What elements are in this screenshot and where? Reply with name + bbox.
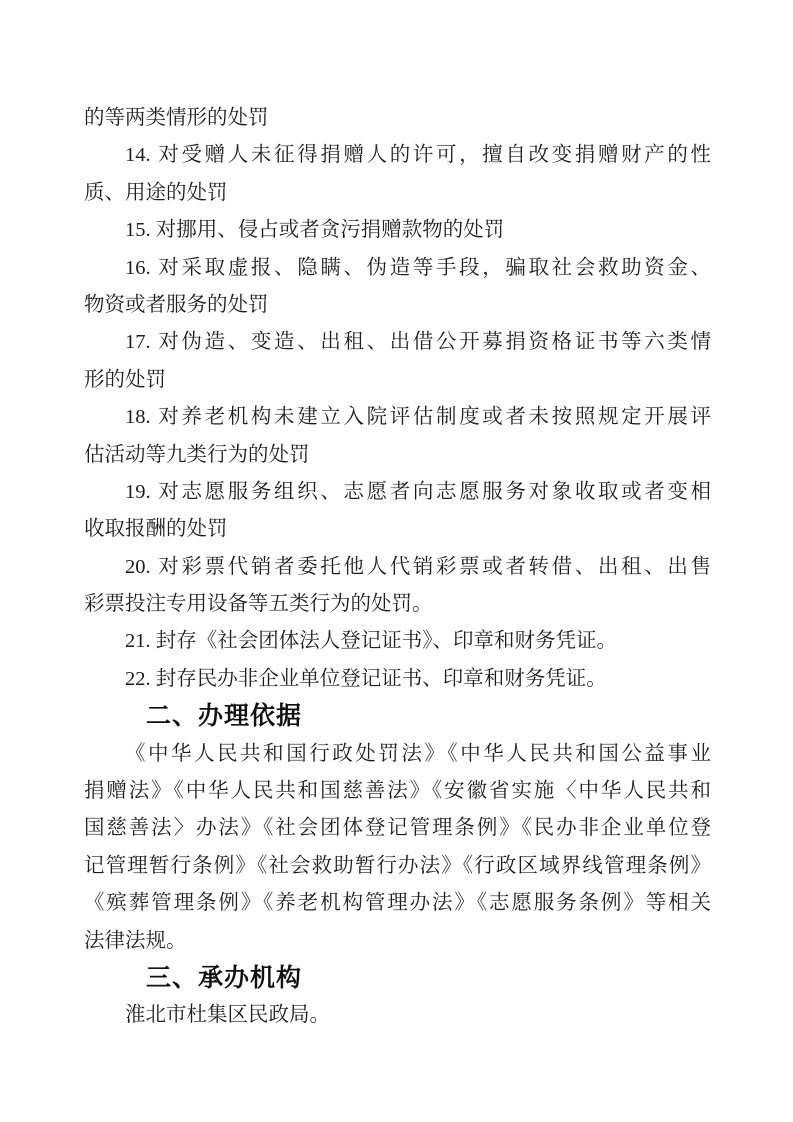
document-page: 的等两类情形的处罚14. 对受赠人未征得捐赠人的许可，擅自改变捐赠财产的性质、用… (0, 0, 793, 1122)
paragraph-item-13-continuation: 的等两类情形的处罚 (84, 100, 711, 137)
text-line: 18. 对养老机构未建立入院评估制度或者未按照规定开展评 (84, 399, 711, 436)
text-line: 16. 对采取虚报、隐瞒、伪造等手段，骗取社会救助资金、 (84, 250, 711, 287)
text-line: 20. 对彩票代销者委托他人代销彩票或者转借、出租、出售 (84, 549, 711, 586)
text-line: 法律法规。 (84, 923, 711, 960)
text-line: 捐赠法》《中华人民共和国慈善法》《安徽省实施〈中华人民共和 (84, 773, 711, 810)
text-line: 收取报酬的处罚 (84, 511, 711, 548)
document-content: 的等两类情形的处罚14. 对受赠人未征得捐赠人的许可，擅自改变捐赠财产的性质、用… (84, 100, 711, 1035)
paragraph-item-14: 14. 对受赠人未征得捐赠人的许可，擅自改变捐赠财产的性质、用途的处罚 (84, 137, 711, 212)
paragraph-legal-basis: 《中华人民共和国行政处罚法》《中华人民共和国公益事业捐赠法》《中华人民共和国慈善… (84, 736, 711, 960)
text-line: 淮北市杜集区民政局。 (84, 997, 711, 1034)
text-line: 17. 对伪造、变造、出租、出借公开募捐资格证书等六类情 (84, 324, 711, 361)
text-line: 记管理暂行条例》《社会救助暂行办法》《行政区域界线管理条例》 (84, 848, 711, 885)
paragraph-item-16: 16. 对采取虚报、隐瞒、伪造等手段，骗取社会救助资金、物资或者服务的处罚 (84, 250, 711, 325)
paragraph-item-22: 22. 封存民办非企业单位登记证书、印章和财务凭证。 (84, 661, 711, 698)
paragraph-item-21: 21. 封存《社会团体法人登记证书》、印章和财务凭证。 (84, 623, 711, 660)
text-line: 彩票投注专用设备等五类行为的处罚。 (84, 586, 711, 623)
text-line: 《中华人民共和国行政处罚法》《中华人民共和国公益事业 (84, 736, 711, 773)
text-line: 21. 封存《社会团体法人登记证书》、印章和财务凭证。 (84, 623, 711, 660)
text-line: 三、承办机构 (84, 960, 711, 997)
text-line: 二、办理依据 (84, 698, 711, 735)
text-line: 国慈善法〉办法》《社会团体登记管理条例》《民办非企业单位登 (84, 810, 711, 847)
text-line: 19. 对志愿服务组织、志愿者向志愿服务对象收取或者变相 (84, 474, 711, 511)
paragraph-item-15: 15. 对挪用、侵占或者贪污捐赠款物的处罚 (84, 212, 711, 249)
section-heading-section-3: 三、承办机构 (84, 960, 711, 997)
text-line: 15. 对挪用、侵占或者贪污捐赠款物的处罚 (84, 212, 711, 249)
section-heading-section-2: 二、办理依据 (84, 698, 711, 735)
paragraph-item-18: 18. 对养老机构未建立入院评估制度或者未按照规定开展评估活动等九类行为的处罚 (84, 399, 711, 474)
text-line: 物资或者服务的处罚 (84, 287, 711, 324)
text-line: 质、用途的处罚 (84, 175, 711, 212)
text-line: 22. 封存民办非企业单位登记证书、印章和财务凭证。 (84, 661, 711, 698)
text-line: 估活动等九类行为的处罚 (84, 437, 711, 474)
text-line: 14. 对受赠人未征得捐赠人的许可，擅自改变捐赠财产的性 (84, 137, 711, 174)
text-line: 《殡葬管理条例》《养老机构管理办法》《志愿服务条例》等相关 (84, 885, 711, 922)
paragraph-item-20: 20. 对彩票代销者委托他人代销彩票或者转借、出租、出售彩票投注专用设备等五类行… (84, 549, 711, 624)
text-line: 形的处罚 (84, 362, 711, 399)
text-line: 的等两类情形的处罚 (84, 100, 711, 137)
paragraph-item-17: 17. 对伪造、变造、出租、出借公开募捐资格证书等六类情形的处罚 (84, 324, 711, 399)
paragraph-item-19: 19. 对志愿服务组织、志愿者向志愿服务对象收取或者变相收取报酬的处罚 (84, 474, 711, 549)
paragraph-agency: 淮北市杜集区民政局。 (84, 997, 711, 1034)
